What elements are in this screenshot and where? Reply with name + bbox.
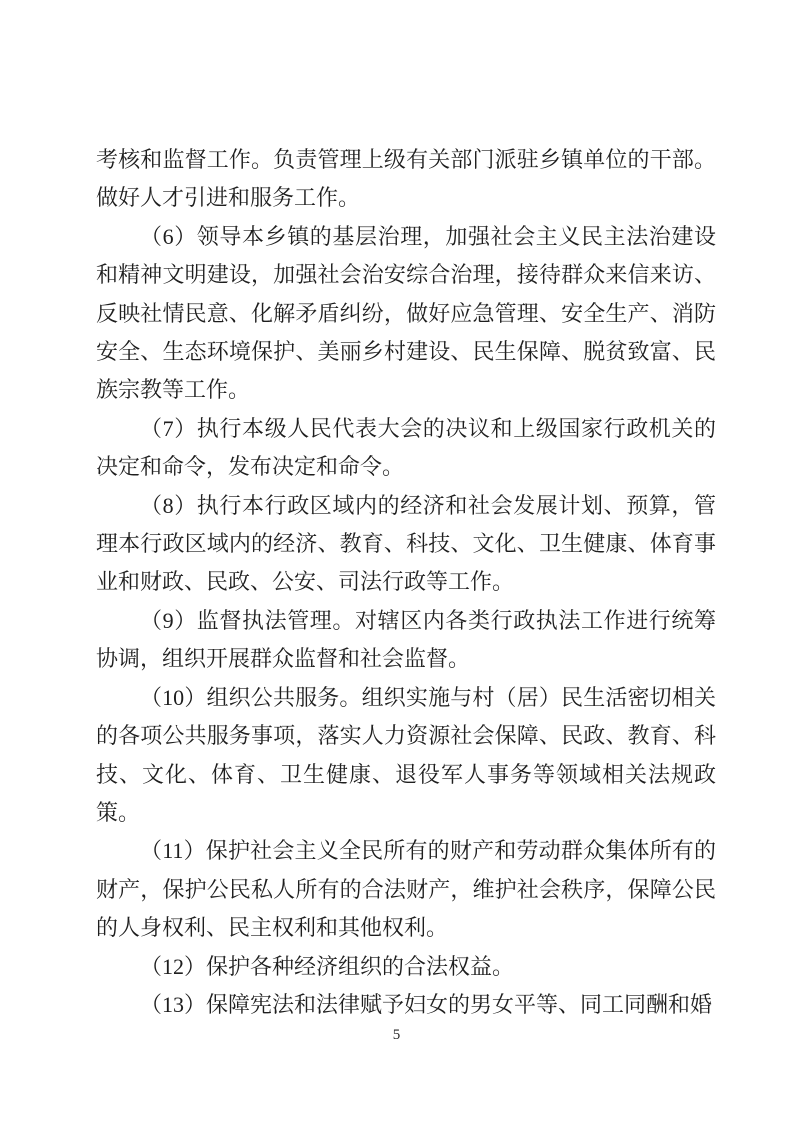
paragraph-item-12: （12）保护各种经济组织的合法权益。	[96, 948, 716, 986]
paragraph-item-7: （7）执行本级人民代表大会的决议和上级国家行政机关的决定和命令，发布决定和命令。	[96, 410, 716, 487]
paragraph-item-8: （8）执行本行政区域内的经济和社会发展计划、预算，管理本行政区域内的经济、教育、…	[96, 487, 716, 602]
paragraph-continuation: 考核和监督工作。负责管理上级有关部门派驻乡镇单位的干部。做好人才引进和服务工作。	[96, 141, 716, 218]
paragraph-item-6: （6）领导本乡镇的基层治理，加强社会主义民主法治建设和精神文明建设，加强社会治安…	[96, 218, 716, 410]
paragraph-item-9: （9）监督执法管理。对辖区内各类行政执法工作进行统筹协调，组织开展群众监督和社会…	[96, 602, 716, 679]
paragraph-item-10: （10）组织公共服务。组织实施与村（居）民生活密切相关的各项公共服务事项，落实人…	[96, 679, 716, 833]
document-body: 考核和监督工作。负责管理上级有关部门派驻乡镇单位的干部。做好人才引进和服务工作。…	[96, 141, 716, 1024]
page-number: 5	[0, 1026, 793, 1044]
document-page: 考核和监督工作。负责管理上级有关部门派驻乡镇单位的干部。做好人才引进和服务工作。…	[0, 0, 793, 1122]
paragraph-item-13: （13）保障宪法和法律赋予妇女的男女平等、同工同酬和婚	[96, 986, 716, 1024]
paragraph-item-11: （11）保护社会主义全民所有的财产和劳动群众集体所有的财产，保护公民私人所有的合…	[96, 832, 716, 947]
